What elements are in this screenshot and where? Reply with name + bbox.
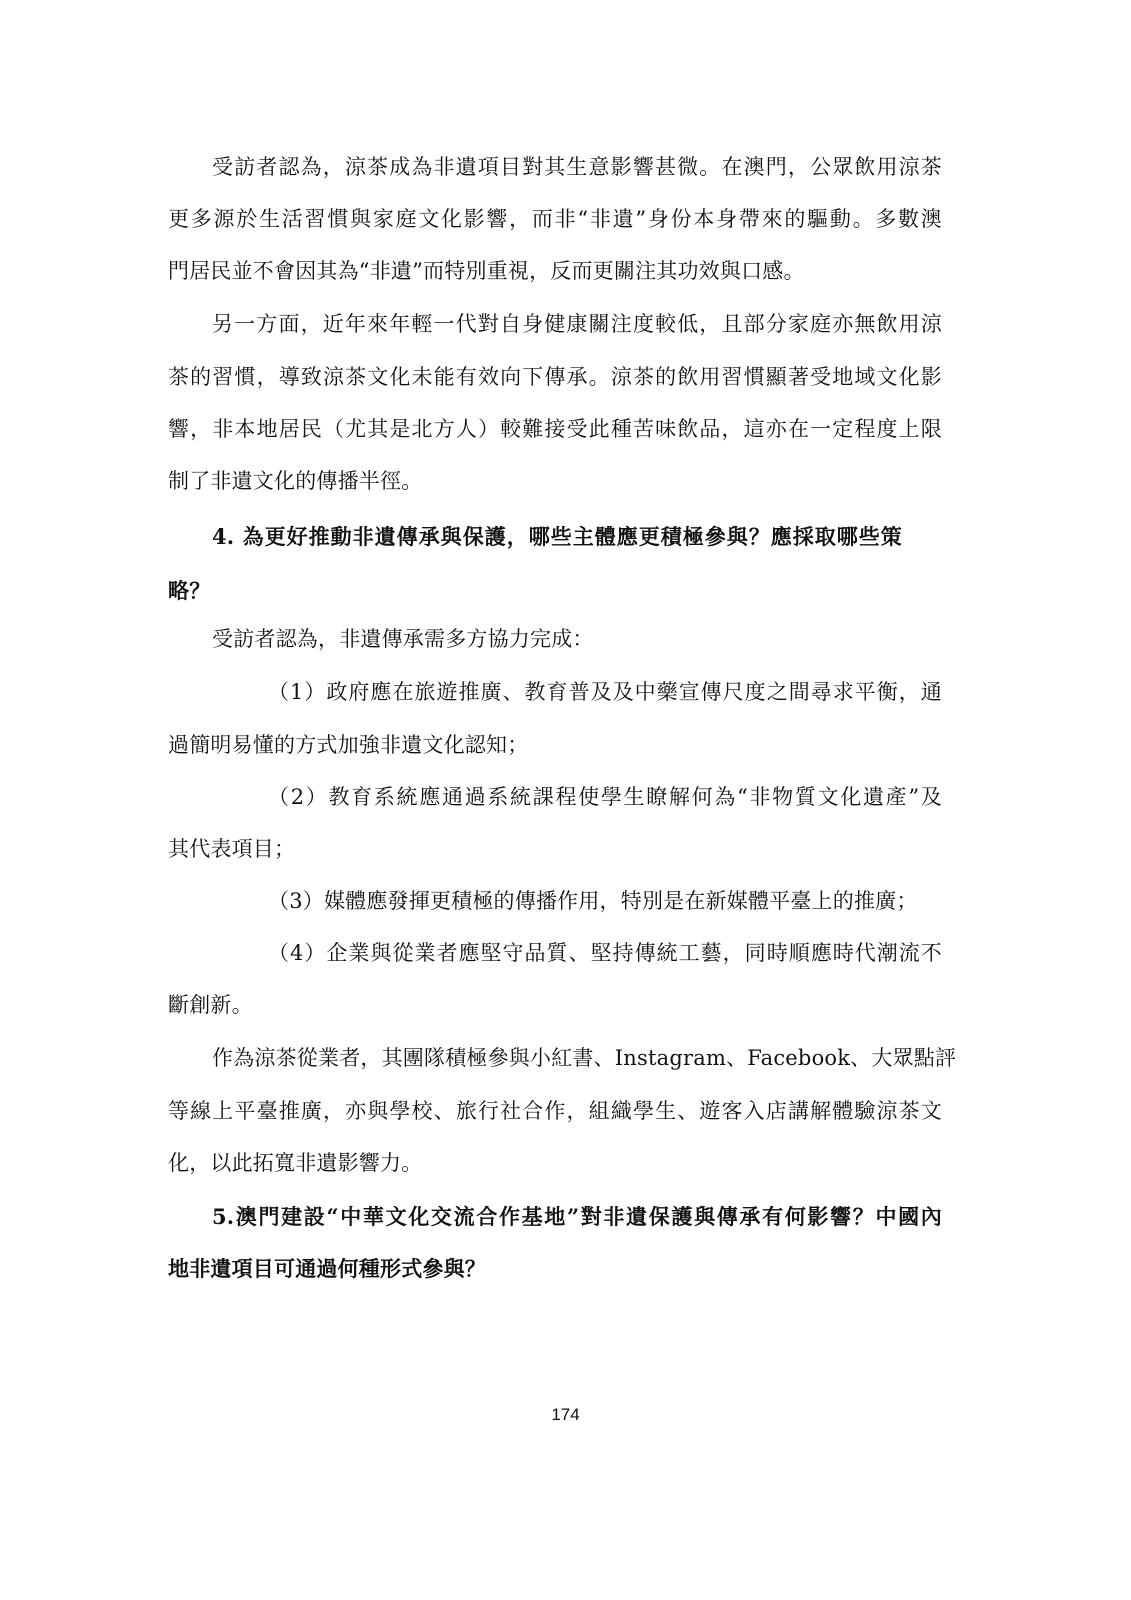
question-4-heading-line-2: 略？: [168, 576, 942, 606]
paragraph-1-line-2: 更多源於生活習慣與家庭文化影響，而非“非遺”身份本身帶來的驅動。多數澳: [168, 204, 942, 234]
practitioner-paragraph-line-3: 化，以此拓寬非遺影響力。: [168, 1148, 942, 1178]
paragraph-1-line-1: 受訪者認為，涼茶成為非遺項目對其生意影響甚微。在澳門，公眾飲用涼茶: [212, 152, 942, 182]
paragraph-1-line-3: 門居民並不會因其為“非遺”而特別重視，反而更關注其功效與口感。: [168, 256, 942, 286]
paragraph-2-line-1: 另一方面，近年來年輕一代對自身健康關注度較低，且部分家庭亦無飲用涼: [212, 309, 942, 339]
answer-4-item-1-line-1: （1）政府應在旅遊推廣、教育普及及中藥宣傳尺度之間尋求平衡，通: [268, 677, 942, 707]
paragraph-2-line-2: 茶的習慣，導致涼茶文化未能有效向下傳承。涼茶的飲用習慣顯著受地域文化影: [168, 362, 942, 392]
question-5-heading-line-1: 5.澳門建設“中華文化交流合作基地”對非遺保護與傳承有何影響？中國內: [212, 1202, 942, 1232]
question-4-heading-line-1: 4. 為更好推動非遺傳承與保護，哪些主體應更積極參與？應採取哪些策: [212, 522, 902, 552]
practitioner-paragraph-line-1: 作為涼茶從業者，其團隊積極參與小紅書、Instagram、Facebook、大眾…: [212, 1043, 942, 1073]
answer-4-intro: 受訪者認為，非遺傳承需多方協力完成：: [212, 624, 942, 654]
answer-4-item-3-line-1: （3）媒體應發揮更積極的傳播作用，特別是在新媒體平臺上的推廣；: [268, 886, 942, 916]
answer-4-item-1-line-2: 過簡明易懂的方式加強非遺文化認知；: [168, 730, 942, 760]
paragraph-2-line-3: 響，非本地居民（尤其是北方人）較難接受此種苦味飲品，這亦在一定程度上限: [168, 414, 942, 444]
answer-4-item-4-line-1: （4）企業與從業者應堅守品質、堅持傳統工藝，同時順應時代潮流不: [268, 938, 942, 968]
practitioner-paragraph-line-2: 等線上平臺推廣，亦與學校、旅行社合作，組織學生、遊客入店講解體驗涼茶文: [168, 1096, 942, 1126]
paragraph-2-line-4: 制了非遺文化的傳播半徑。: [168, 466, 942, 496]
answer-4-item-4-line-2: 斷創新。: [168, 990, 942, 1020]
question-5-heading-line-2: 地非遺項目可通過何種形式參與？: [168, 1254, 942, 1284]
document-page: 受訪者認為，涼茶成為非遺項目對其生意影響甚微。在澳門，公眾飲用涼茶 更多源於生活…: [0, 0, 1131, 1600]
answer-4-item-2-line-2: 其代表項目；: [168, 834, 942, 864]
answer-4-item-2-line-1: （2）教育系統應通過系統課程使學生瞭解何為“非物質文化遺產”及: [268, 782, 942, 812]
page-number: 174: [0, 1405, 1131, 1425]
